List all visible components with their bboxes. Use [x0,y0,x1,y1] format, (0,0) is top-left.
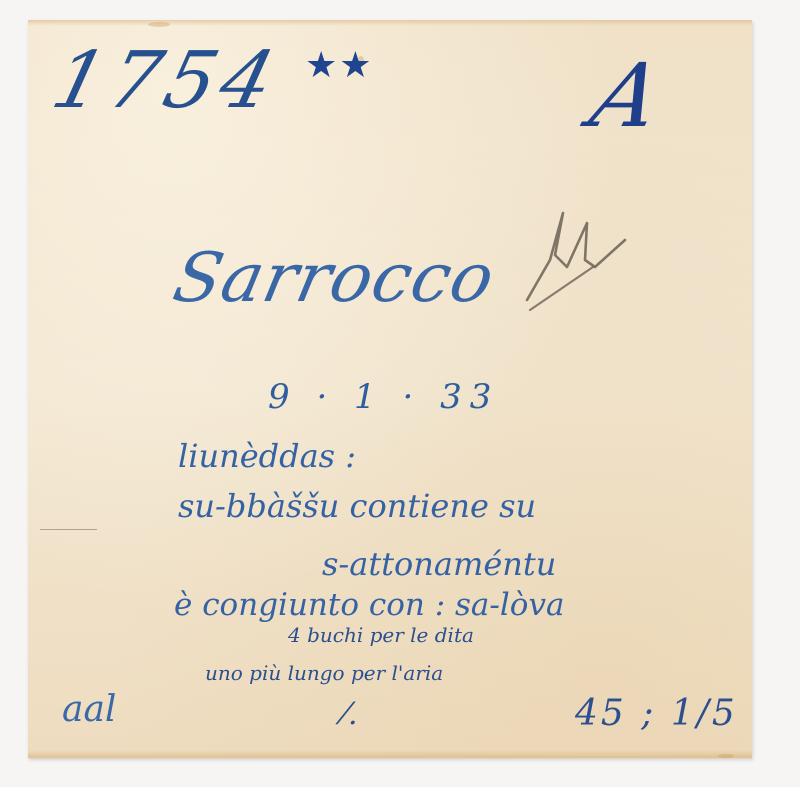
date: 9 · 1 · 33 [268,380,499,414]
measurement: 45 ; 1/5 [575,696,738,732]
separator-mark: ⁄. [343,700,358,730]
description-line: liunèddas : [178,440,356,472]
description-line: s-attonaméntu [322,548,556,580]
paper-stain [718,754,734,758]
pencil-annotation-icon [505,205,635,315]
card-bottom-edge [28,750,752,758]
paper-stain [148,22,170,27]
description-line: è congiunto con : sa-lòva [174,590,564,621]
description-line: su-bbàššu contiene su [178,490,536,522]
instrument-name: Sarrocco [168,245,501,313]
catalog-number: 1754 [45,42,287,120]
pencil-tick-mark [40,529,97,530]
initials: aal [62,692,116,728]
star-icon: ★★ [305,48,374,84]
note-line: 4 buchi per le dita [288,625,474,645]
note-line: uno più lungo per l'aria [205,663,443,683]
card-top-edge [28,20,752,26]
